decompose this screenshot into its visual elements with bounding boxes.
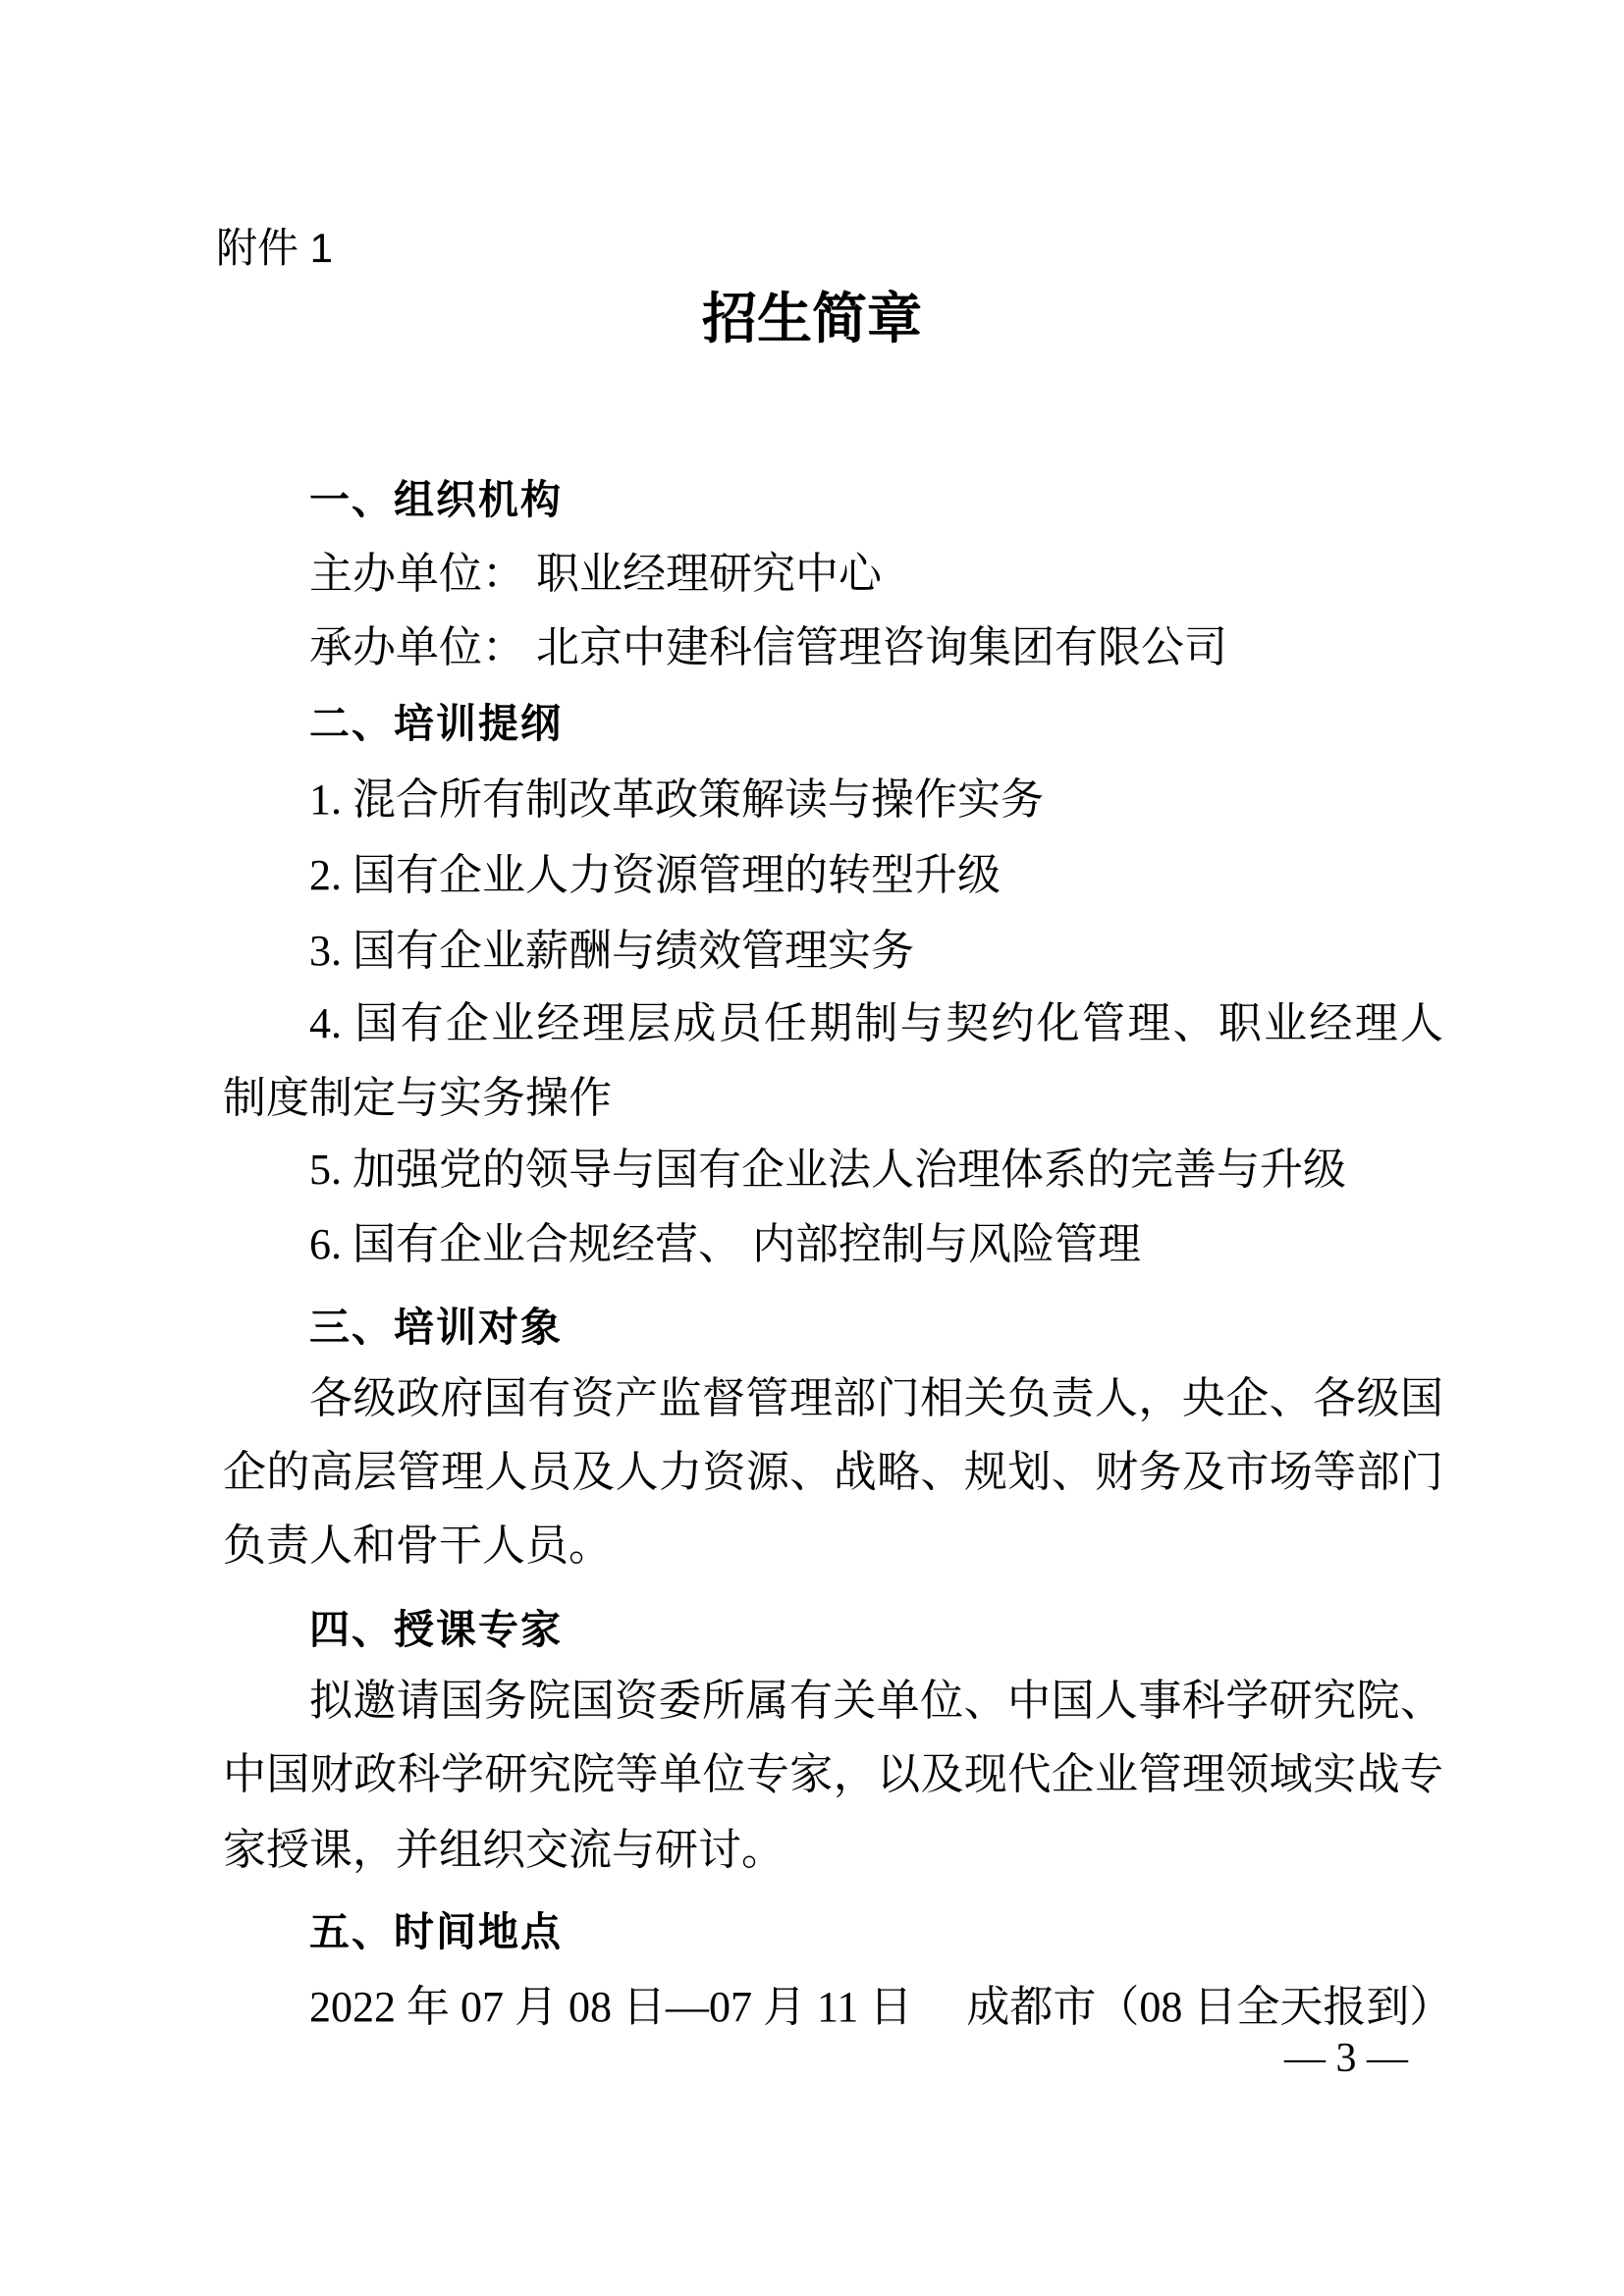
page-number: — 3 — <box>1284 2034 1408 2083</box>
section-heading-5: 五、时间地点 <box>223 1903 1443 1960</box>
body-line: 家授课，并组织交流与研讨。 <box>223 1822 1443 1879</box>
page-title: 招生简章 <box>0 289 1624 351</box>
body-line: 承办单位： 北京中建科信管理咨询集团有限公司 <box>223 619 1443 676</box>
body-line: 中国财政科学研究院等单位专家，以及现代企业管理领域实战专 <box>223 1746 1443 1803</box>
body-line: 拟邀请国务院国资委所属有关单位、中国人事科学研究院、 <box>223 1673 1443 1730</box>
list-item: 3. 国有企业薪酬与绩效管理实务 <box>223 923 1443 980</box>
list-item: 5. 加强党的领导与国有企业法人治理体系的完善与升级 <box>223 1142 1443 1199</box>
list-item: 2. 国有企业人力资源管理的转型升级 <box>223 847 1443 904</box>
section-heading-3: 三、培训对象 <box>223 1299 1443 1356</box>
body-line: 主办单位： 职业经理研究中心 <box>223 546 1443 603</box>
section-heading-4: 四、授课专家 <box>223 1601 1443 1658</box>
list-item: 6. 国有企业合规经营、 内部控制与风险管理 <box>223 1216 1443 1273</box>
attachment-label: 附件 1 <box>216 224 333 273</box>
section-heading-1: 一、组织机构 <box>223 471 1443 528</box>
body-line: 负责人和骨干人员。 <box>223 1518 1443 1575</box>
document-page: 附件 1 招生简章 一、组织机构 主办单位： 职业经理研究中心 承办单位： 北京… <box>0 0 1624 2296</box>
list-item-continuation: 制度制定与实务操作 <box>223 1070 1443 1127</box>
body-line: 各级政府国有资产监督管理部门相关负责人，央企、各级国 <box>223 1370 1443 1427</box>
list-item: 1. 混合所有制改革政策解读与操作实务 <box>223 772 1443 828</box>
list-item: 4. 国有企业经理层成员任期制与契约化管理、职业经理人 <box>223 995 1443 1052</box>
body-line: 企的高层管理人员及人力资源、战略、规划、财务及市场等部门 <box>223 1444 1443 1501</box>
body-line: 2022 年 07 月 08 日—07 月 11 日 成都市（08 日全天报到） <box>223 1979 1443 2036</box>
section-heading-2: 二、培训提纲 <box>223 695 1443 752</box>
